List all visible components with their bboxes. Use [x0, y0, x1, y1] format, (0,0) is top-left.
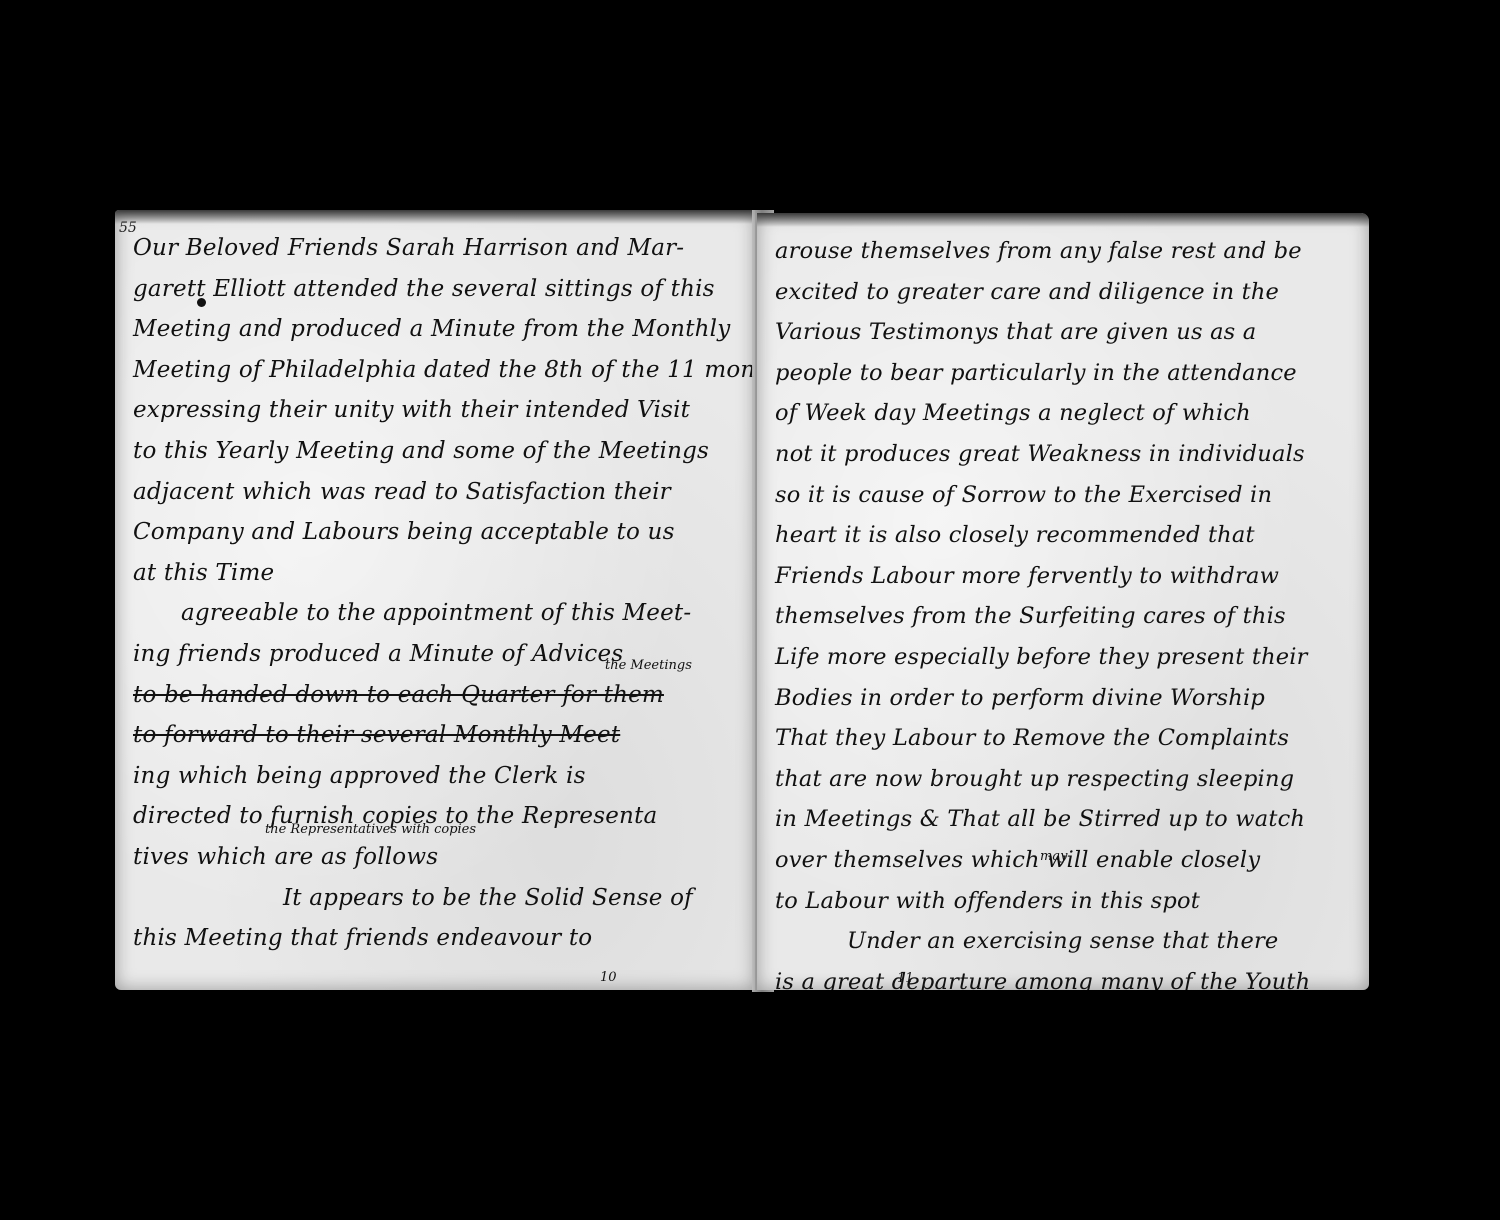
text-line: Our Beloved Friends Sarah Harrison and M…	[133, 228, 741, 269]
text-line: is a great departure among many of the Y…	[775, 962, 1355, 990]
page-number: 10	[600, 970, 617, 985]
text-line: excited to greater care and diligence in…	[775, 272, 1355, 313]
right-page: arouse themselves from any false rest an…	[757, 213, 1369, 990]
text-line: this Meeting that friends endeavour to	[133, 918, 741, 959]
torn-edge	[757, 213, 1369, 227]
text-line: It appears to be the Solid Sense of	[133, 878, 741, 919]
interlinear-insertion: the Meetings	[605, 658, 692, 673]
text-line: Meeting of Philadelphia dated the 8th of…	[133, 350, 741, 391]
text-line: Meeting and produced a Minute from the M…	[133, 309, 741, 350]
torn-edge	[115, 210, 755, 224]
text-line: garett Elliott attended the several sitt…	[133, 269, 741, 310]
text-line: at this Time	[133, 553, 741, 594]
text-line: so it is cause of Sorrow to the Exercise…	[775, 475, 1355, 516]
text-line: Various Testimonys that are given us as …	[775, 312, 1355, 353]
text-line: ing which being approved the Clerk is	[133, 756, 741, 797]
text-line: Company and Labours being acceptable to …	[133, 512, 741, 553]
text-line: in Meetings & That all be Stirred up to …	[775, 799, 1355, 840]
text-line: Life more especially before they present…	[775, 637, 1355, 678]
text-line: that are now brought up respecting sleep…	[775, 759, 1355, 800]
page-number: 11	[897, 971, 914, 986]
text-line: arouse themselves from any false rest an…	[775, 231, 1355, 272]
left-page: 55 Our Beloved Friends Sarah Harrison an…	[115, 210, 755, 990]
interlinear-insertion: the Representatives with copies	[265, 822, 476, 837]
manuscript-scan: 55 Our Beloved Friends Sarah Harrison an…	[0, 0, 1500, 1220]
right-page-text: arouse themselves from any false rest an…	[775, 231, 1355, 990]
left-page-text: Our Beloved Friends Sarah Harrison and M…	[133, 228, 741, 959]
text-line: not it produces great Weakness in indivi…	[775, 434, 1355, 475]
text-line: expressing their unity with their intend…	[133, 390, 741, 431]
struck-text-line: to forward to their several Monthly Meet	[133, 715, 741, 756]
text-line: of Week day Meetings a neglect of which	[775, 393, 1355, 434]
text-line: adjacent which was read to Satisfaction …	[133, 472, 741, 513]
interlinear-insertion: may	[1040, 849, 1067, 864]
text-line: to Labour with offenders in this spot	[775, 881, 1355, 922]
text-line: Friends Labour more fervently to withdra…	[775, 556, 1355, 597]
text-line: That they Labour to Remove the Complaint…	[775, 718, 1355, 759]
text-line: heart it is also closely recommended tha…	[775, 515, 1355, 556]
text-line: agreeable to the appointment of this Mee…	[133, 593, 741, 634]
text-line: Bodies in order to perform divine Worshi…	[775, 678, 1355, 719]
text-line: to this Yearly Meeting and some of the M…	[133, 431, 741, 472]
text-line: people to bear particularly in the atten…	[775, 353, 1355, 394]
struck-text-line: to be handed down to each Quarter for th…	[133, 675, 741, 716]
text-line: tives which are as follows	[133, 837, 741, 878]
text-line: Under an exercising sense that there	[775, 921, 1355, 962]
text-line: themselves from the Surfeiting cares of …	[775, 596, 1355, 637]
